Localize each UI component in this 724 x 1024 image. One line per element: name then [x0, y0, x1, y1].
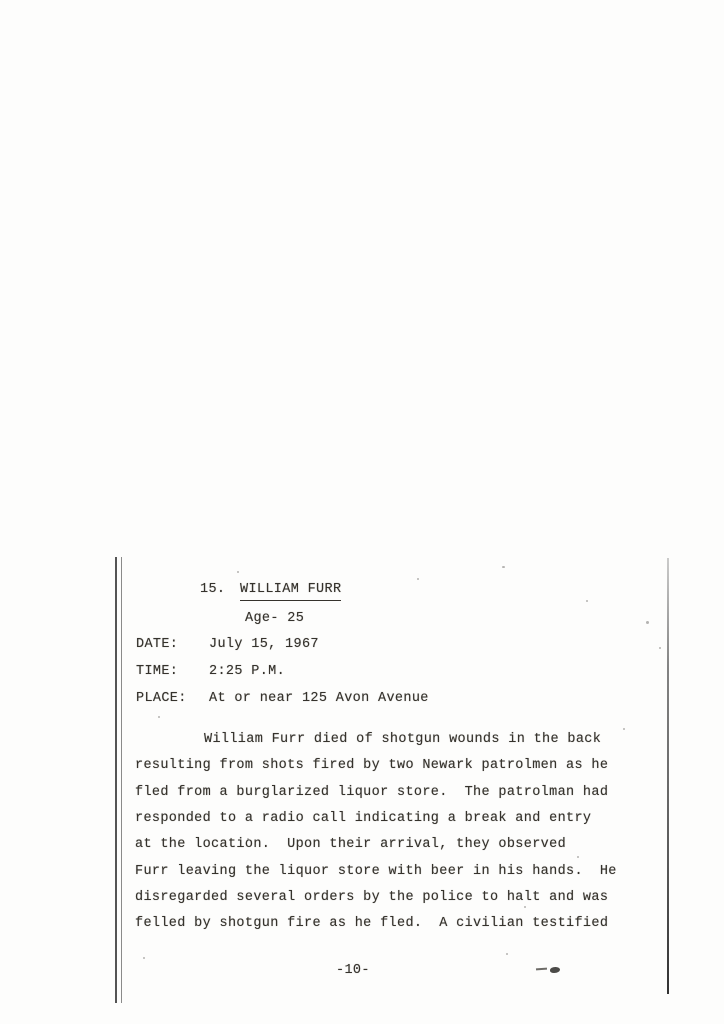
- scan-speck: [646, 621, 649, 624]
- date-label: DATE:: [136, 637, 178, 653]
- scan-speck: [143, 957, 145, 959]
- body-line: Furr leaving the liquor store with beer …: [135, 864, 617, 880]
- right-edge-line: [667, 558, 669, 994]
- scanned-document-page: 15. WILLIAM FURR Age- 25 DATE: July 15, …: [0, 0, 724, 1024]
- scan-speck: [247, 838, 249, 840]
- scan-speck: [524, 906, 526, 908]
- date-value: July 15, 1967: [209, 637, 319, 653]
- case-name: WILLIAM FURR: [240, 582, 341, 601]
- age-line: Age- 25: [245, 611, 304, 627]
- smudge-blob: [550, 967, 560, 973]
- body-line: felled by shotgun fire as he fled. A civ…: [135, 916, 608, 932]
- ink-smudge: [536, 966, 562, 974]
- time-label: TIME:: [136, 664, 178, 680]
- place-value: At or near 125 Avon Avenue: [209, 691, 429, 707]
- scan-speck: [158, 716, 160, 718]
- scan-speck: [417, 578, 419, 580]
- scan-speck: [502, 566, 505, 568]
- smudge-dash: [536, 968, 547, 971]
- left-binding-line: [115, 557, 122, 1003]
- scan-speck: [659, 647, 661, 649]
- body-line: at the location. Upon their arrival, the…: [135, 837, 566, 853]
- place-label: PLACE:: [136, 691, 187, 707]
- body-line: responded to a radio call indicating a b…: [135, 811, 591, 827]
- page-number: -10-: [336, 963, 370, 979]
- case-number: 15.: [200, 582, 225, 598]
- scan-speck: [586, 600, 588, 602]
- scan-speck: [237, 571, 239, 573]
- scan-speck: [577, 856, 579, 858]
- scan-speck: [623, 728, 625, 730]
- scan-speck: [506, 953, 508, 955]
- body-line: William Furr died of shotgun wounds in t…: [204, 732, 601, 748]
- body-line: fled from a burglarized liquor store. Th…: [135, 785, 608, 801]
- body-line: resulting from shots fired by two Newark…: [135, 758, 608, 774]
- body-line: disregarded several orders by the police…: [135, 890, 608, 906]
- time-value: 2:25 P.M.: [209, 664, 285, 680]
